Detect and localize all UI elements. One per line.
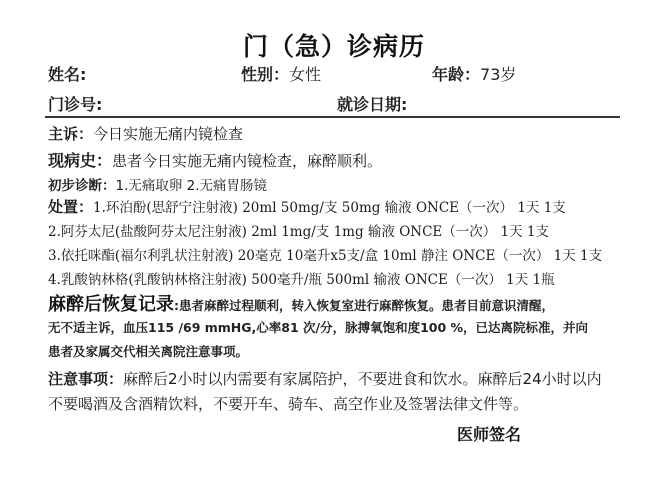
doctor-signature-label: 医师签名 — [457, 422, 521, 445]
chief-complaint-value: 今日实施无痛内镜检查 — [93, 125, 243, 143]
recovery-record-text: 患者麻醉过程顺利，转入恢复室进行麻醉恢复。患者目前意识清醒， — [179, 298, 554, 313]
treatment-item-3: 3.依托咪酯(福尔利乳状注射液) 20毫克 10毫升x5支/盒 10ml 静注 … — [48, 244, 602, 264]
chief-complaint-label: 主诉： — [48, 125, 93, 143]
header-divider — [45, 116, 620, 118]
name-field: 姓名: — [48, 62, 86, 85]
treatment-item-text: 2.阿芬太尼(盐酸阿芬太尼注射液) 2ml 1mg/支 1mg 输液 ONCE（… — [48, 224, 549, 240]
age-label: 年龄： — [432, 65, 480, 84]
recovery-record-line-3: 患者及家属交代相关离院注意事项。 — [48, 342, 248, 360]
recovery-record-line-2: 无不适主诉，血压115 /69 mmHG,心率81 次/分，脉搏氧饱和度100 … — [48, 318, 588, 336]
clinic-number-label: 门诊号: — [48, 95, 102, 114]
treatment-label: 处置： — [48, 198, 93, 216]
treatment-item-4: 4.乳酸钠林格(乳酸钠林格注射液) 500毫升/瓶 500ml 输液 ONCE（… — [48, 268, 555, 288]
treatment-item-1: 处置：1.环泊酚(思舒宁注射液) 20ml 50mg/支 50mg 输液 ONC… — [48, 196, 566, 217]
page-title: 门（急）诊病历 — [243, 27, 425, 63]
diagnosis-label: 初步诊断： — [48, 178, 116, 194]
recovery-record-line-1: 麻醉后恢复记录:患者麻醉过程顺利，转入恢复室进行麻醉恢复。患者目前意识清醒， — [48, 290, 554, 316]
present-illness-label: 现病史： — [48, 151, 112, 170]
gender-field: 性别：女性 — [241, 62, 321, 85]
recovery-record-label: 麻醉后恢复记录 — [48, 294, 174, 315]
gender-label: 性别： — [241, 65, 289, 84]
treatment-item-text: 3.依托咪酯(福尔利乳状注射液) 20毫克 10毫升x5支/盒 10ml 静注 … — [48, 248, 602, 264]
notes-text: 麻醉后2小时以内需要有家属陪护，不要进食和饮水。麻醉后24小时以内 — [123, 370, 602, 388]
age-value: 73岁 — [480, 65, 516, 84]
present-illness: 现病史：患者今日实施无痛内镜检查，麻醉顺利。 — [48, 148, 382, 171]
visit-date-field: 就诊日期: — [337, 92, 407, 115]
preliminary-diagnosis: 初步诊断：1.无痛取卵 2.无痛胃肠镜 — [48, 174, 267, 194]
diagnosis-value: 1.无痛取卵 2.无痛胃肠镜 — [116, 178, 268, 194]
age-field: 年龄：73岁 — [432, 62, 516, 85]
treatment-item-2: 2.阿芬太尼(盐酸阿芬太尼注射液) 2ml 1mg/支 1mg 输液 ONCE（… — [48, 220, 549, 240]
recovery-record-text: 无不适主诉，血压115 /69 mmHG,心率81 次/分，脉搏氧饱和度100 … — [48, 320, 588, 335]
clinic-number-field: 门诊号: — [48, 92, 102, 115]
visit-date-label: 就诊日期: — [337, 95, 407, 114]
name-label: 姓名: — [48, 65, 86, 84]
chief-complaint: 主诉：今日实施无痛内镜检查 — [48, 123, 243, 144]
notes-line-2: 不要喝酒及含酒精饮料，不要开车、骑车、高空作业及签署法律文件等。 — [48, 393, 528, 414]
notes-text: 不要喝酒及含酒精饮料，不要开车、骑车、高空作业及签署法律文件等。 — [48, 395, 528, 413]
recovery-record-text: 患者及家属交代相关离院注意事项。 — [48, 344, 248, 359]
notes-label: 注意事项： — [48, 370, 123, 388]
present-illness-value: 患者今日实施无痛内镜检查，麻醉顺利。 — [112, 152, 382, 170]
notes-line-1: 注意事项：麻醉后2小时以内需要有家属陪护，不要进食和饮水。麻醉后24小时以内 — [48, 368, 602, 389]
treatment-item-text: 4.乳酸钠林格(乳酸钠林格注射液) 500毫升/瓶 500ml 输液 ONCE（… — [48, 272, 555, 288]
gender-value: 女性 — [289, 65, 321, 84]
treatment-item-text: 1.环泊酚(思舒宁注射液) 20ml 50mg/支 50mg 输液 ONCE（一… — [93, 200, 566, 216]
